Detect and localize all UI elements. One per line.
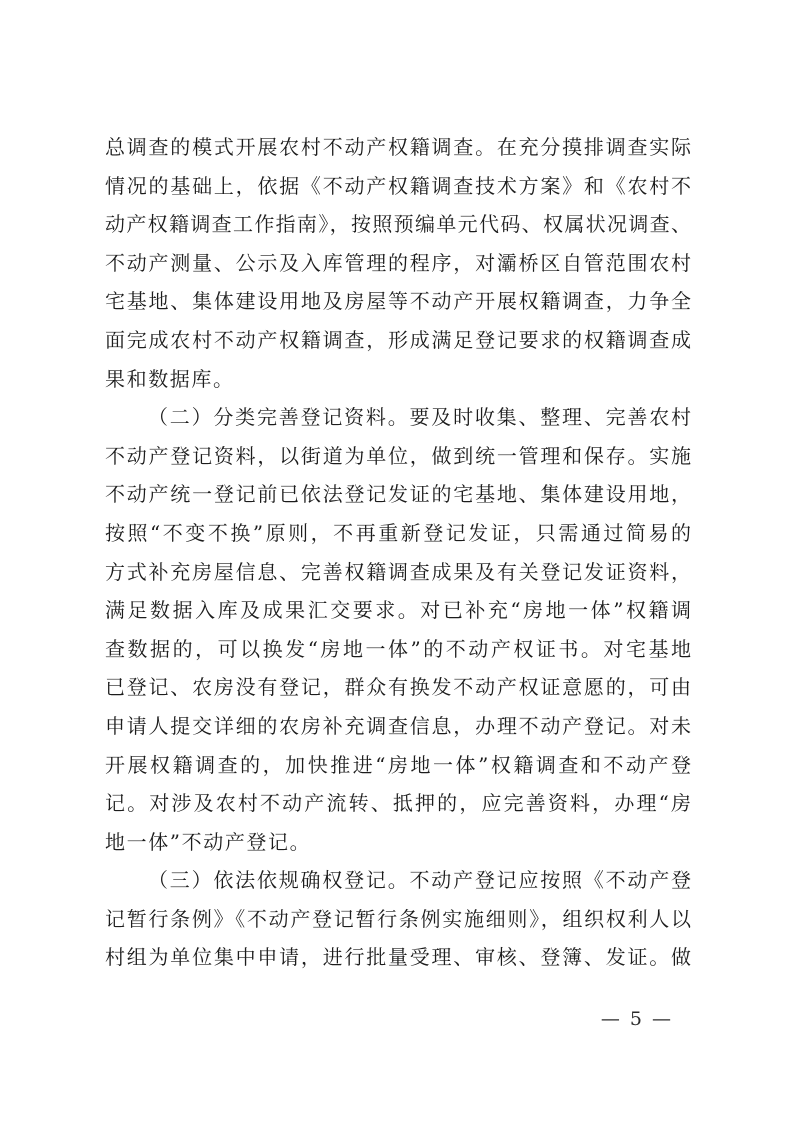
text-line: 地一体”不动产登记。 — [105, 823, 691, 862]
text-line: 面完成农村不动产权籍调查，形成满足登记要求的权籍调查成 — [105, 321, 691, 360]
text-line: 记。对涉及农村不动产流转、抵押的，应完善资料，办理“房 — [105, 784, 691, 823]
text-line: 已登记、农房没有登记，群众有换发不动产权证意愿的，可由 — [105, 668, 691, 707]
text-line: 开展权籍调查的，加快推进“房地一体”权籍调查和不动产登 — [105, 746, 691, 785]
text-line: 动产权籍调查工作指南》，按照预编单元代码、权属状况调查、 — [105, 205, 691, 244]
text-line: 方式补充房屋信息、完善权籍调查成果及有关登记发证资料， — [105, 553, 691, 592]
text-line-section-2-heading: （二）分类完善登记资料。要及时收集、整理、完善农村 — [105, 398, 691, 437]
text-line: 情况的基础上，依据《不动产权籍调查技术方案》和《农村不 — [105, 167, 691, 206]
text-line: 不动产登记资料，以街道为单位，做到统一管理和保存。实施 — [105, 437, 691, 476]
text-line: 查数据的，可以换发“房地一体”的不动产权证书。对宅基地 — [105, 630, 691, 669]
text-line: 果和数据库。 — [105, 360, 691, 399]
text-line: 村组为单位集中申请，进行批量受理、审核、登簿、发证。做 — [105, 938, 691, 977]
text-line: 不动产统一登记前已依法登记发证的宅基地、集体建设用地， — [105, 475, 691, 514]
text-line: 按照“不变不换”原则，不再重新登记发证，只需通过简易的 — [105, 514, 691, 553]
text-line: 记暂行条例》《不动产登记暂行条例实施细则》，组织权利人以 — [105, 900, 691, 939]
text-line-section-3-heading: （三）依法依规确权登记。不动产登记应按照《不动产登 — [105, 861, 691, 900]
document-body: 总调查的模式开展农村不动产权籍调查。在充分摸排调查实际 情况的基础上，依据《不动… — [105, 128, 691, 977]
text-line: 总调查的模式开展农村不动产权籍调查。在充分摸排调查实际 — [105, 128, 691, 167]
text-line: 申请人提交详细的农房补充调查信息，办理不动产登记。对未 — [105, 707, 691, 746]
text-line: 满足数据入库及成果汇交要求。对已补充“房地一体”权籍调 — [105, 591, 691, 630]
text-line: 不动产测量、公示及入库管理的程序，对灞桥区自管范围农村 — [105, 244, 691, 283]
document-page: 总调查的模式开展农村不动产权籍调查。在充分摸排调查实际 情况的基础上，依据《不动… — [0, 0, 793, 1122]
page-number: — 5 — — [601, 1006, 673, 1032]
text-line: 宅基地、集体建设用地及房屋等不动产开展权籍调查，力争全 — [105, 282, 691, 321]
